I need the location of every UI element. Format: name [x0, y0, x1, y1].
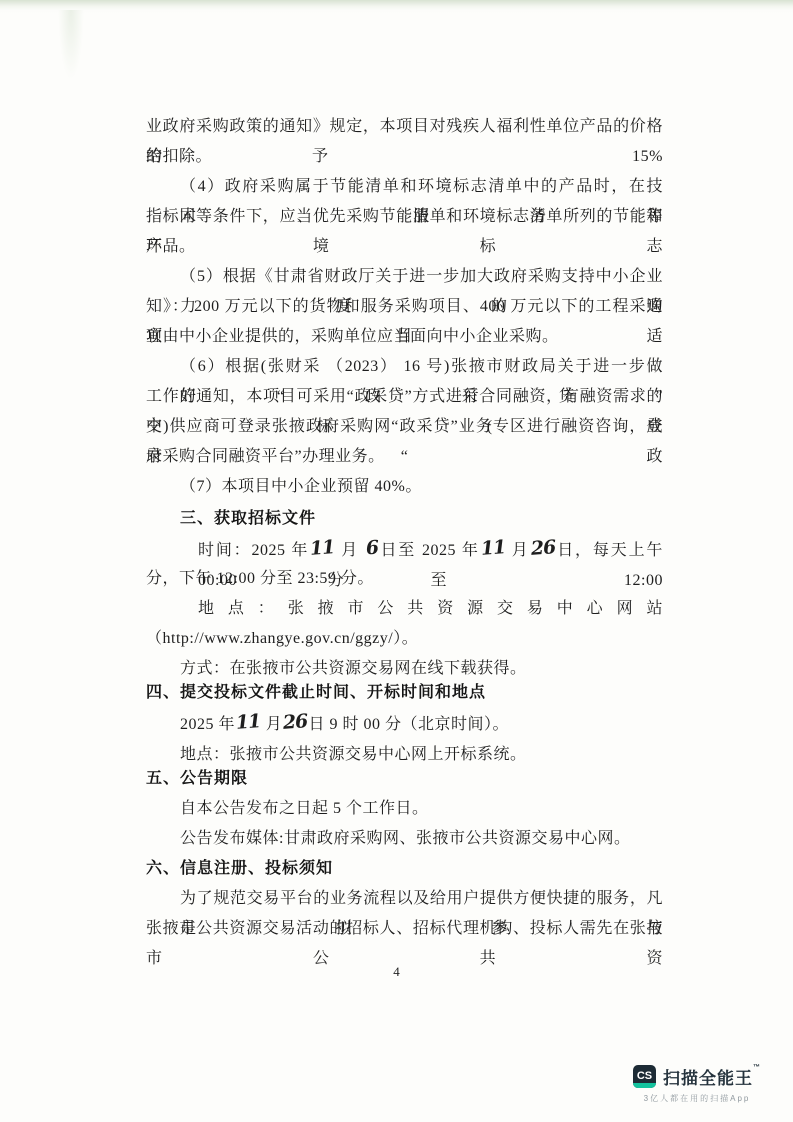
doc-text-line: 交)供应商可登录张掖政府采购网“政采贷”业务专区进行融资咨询，登录“政: [146, 412, 663, 442]
printed-text: 五、公告期限: [146, 770, 248, 787]
camscanner-icon-letters: CS: [637, 1070, 652, 1082]
printed-text: 地点：张掖市公共资源交易中心网上开标系统。: [180, 746, 527, 763]
printed-text: 日 9 时 00 分（北京时间）。: [309, 716, 510, 733]
printed-text: 宜由中小企业提供的，采购单位应当面向中小企业采购。: [146, 328, 559, 345]
doc-text-line: 自本公告发布之日起 5 个工作日。: [146, 794, 663, 824]
trademark-symbol: ™: [753, 1064, 761, 1071]
printed-text: 四、提交投标文件截止时间、开标时间和地点: [146, 684, 486, 701]
handwritten-text: 11: [308, 532, 336, 564]
document-body: 业政府采购政策的通知》规定，本项目对残疾人福利性单位产品的价格给予 15%的扣除…: [146, 112, 663, 944]
doc-heading-line: 四、提交投标文件截止时间、开标时间和地点: [146, 678, 663, 708]
printed-text: 地 点 ： 张 掖 市 公 共 资 源 交 易 中 心 网 站: [198, 600, 663, 617]
printed-text: 业政府采购政策的通知》规定，本项目对残疾人福利性单位产品的价格给予 15%: [146, 118, 663, 165]
doc-text-line: 张掖市公共资源交易活动的招标人、招标代理机构、投标人需先在张掖市公共资: [146, 914, 663, 944]
doc-text-line: 指标同等条件下，应当优先采购节能清单和环境标志清单所列的节能和环境标志: [146, 202, 663, 232]
handwritten-text: 6: [364, 533, 380, 564]
printed-text: 月: [335, 542, 365, 559]
doc-text-line: 地 点 ： 张 掖 市 公 共 资 源 交 易 中 心 网 站: [146, 594, 663, 624]
doc-text-line: 知》： 200 万元以下的货物和服务采购项目、400 万元以下的工程采购项目适: [146, 292, 663, 322]
printed-text: 月: [506, 542, 530, 559]
doc-text-line: 2025 年11 月26日 9 时 00 分（北京时间）。: [146, 708, 663, 738]
doc-text-line: 业政府采购政策的通知》规定，本项目对残疾人福利性单位产品的价格给予 15%: [146, 112, 663, 142]
doc-heading-line: 六、信息注册、投标须知: [146, 854, 663, 884]
printed-text: 月: [261, 716, 282, 733]
printed-text: 方式：在张掖市公共资源交易网在线下载获得。: [180, 660, 527, 677]
printed-text: 产品。: [146, 238, 196, 255]
scan-artifact-top: [0, 0, 793, 14]
doc-text-line: （http://www.zhangye.gov.cn/ggzy/）。: [146, 624, 663, 654]
handwritten-text: 11: [234, 706, 262, 738]
handwritten-text: 11: [479, 532, 507, 564]
printed-text: 2025 年: [180, 716, 235, 733]
camscanner-logo-row: CS 扫描全能王™: [623, 1064, 771, 1089]
doc-text-line: （6）根据(张财采 （2023） 16 号)张掖市财政局关于进一步做好“政采贷”: [146, 352, 663, 382]
scanned-page: 业政府采购政策的通知》规定，本项目对残疾人福利性单位产品的价格给予 15%的扣除…: [0, 0, 793, 1122]
printed-text: 分，下午 12:00 分至 23:59 分。: [146, 570, 374, 587]
doc-text-line: （5）根据《甘肃省财政厅关于进一步加大政府采购支持中小企业力度的通: [146, 262, 663, 292]
doc-text-line: （7）本项目中小企业预留 40%。: [146, 472, 663, 502]
doc-text-line: 时间：2025 年11 月 6日至 2025 年11 月26日，每天上午 00:…: [146, 534, 663, 564]
camscanner-tagline: 3亿人都在用的扫描App: [623, 1093, 771, 1104]
printed-text: 六、信息注册、投标须知: [146, 860, 333, 877]
doc-text-line: 工作的通知，本项目可采用“政采贷”方式进行合同融资，有融资需求的中标(成: [146, 382, 663, 412]
camscanner-icon-teal-bar: [633, 1083, 656, 1088]
scan-artifact-smudge: [58, 10, 84, 80]
printed-text: （7）本项目中小企业预留 40%。: [180, 478, 422, 495]
printed-text: 时间：2025 年: [198, 542, 309, 559]
printed-text: 张掖市公共资源交易活动的招标人、招标代理机构、投标人需先在张掖市公共资: [146, 920, 663, 967]
printed-text: 府采购合同融资平台”办理业务。: [146, 448, 385, 465]
camscanner-app-name: 扫描全能王™: [663, 1064, 761, 1089]
doc-text-line: （4）政府采购属于节能清单和环境标志清单中的产品时，在技术、服务等: [146, 172, 663, 202]
printed-text: 日至 2025 年: [379, 542, 480, 559]
printed-text: （http://www.zhangye.gov.cn/ggzy/）。: [146, 630, 418, 647]
handwritten-text: 26: [281, 706, 309, 738]
printed-text: 的扣除。: [146, 148, 212, 165]
camscanner-icon: CS: [633, 1065, 656, 1088]
printed-text: 三、获取招标文件: [180, 510, 316, 527]
handwritten-text: 26: [529, 532, 557, 564]
doc-text-line: 为了规范交易平台的业务流程以及给用户提供方便快捷的服务，凡是拟参与: [146, 884, 663, 914]
printed-text: 公告发布媒体:甘肃政府采购网、张掖市公共资源交易中心网。: [180, 830, 630, 847]
printed-text: 指标同等条件下，应当优先采购节能清单和环境标志清单所列的节能和环境标志: [146, 208, 663, 255]
printed-text: 自本公告发布之日起 5 个工作日。: [180, 800, 429, 817]
camscanner-watermark: CS 扫描全能王™ 3亿人都在用的扫描App: [623, 1064, 771, 1104]
doc-heading-line: 三、获取招标文件: [146, 504, 663, 534]
page-number: 4: [0, 964, 793, 980]
camscanner-app-name-text: 扫描全能王: [663, 1069, 753, 1088]
doc-text-line: 公告发布媒体:甘肃政府采购网、张掖市公共资源交易中心网。: [146, 824, 663, 854]
